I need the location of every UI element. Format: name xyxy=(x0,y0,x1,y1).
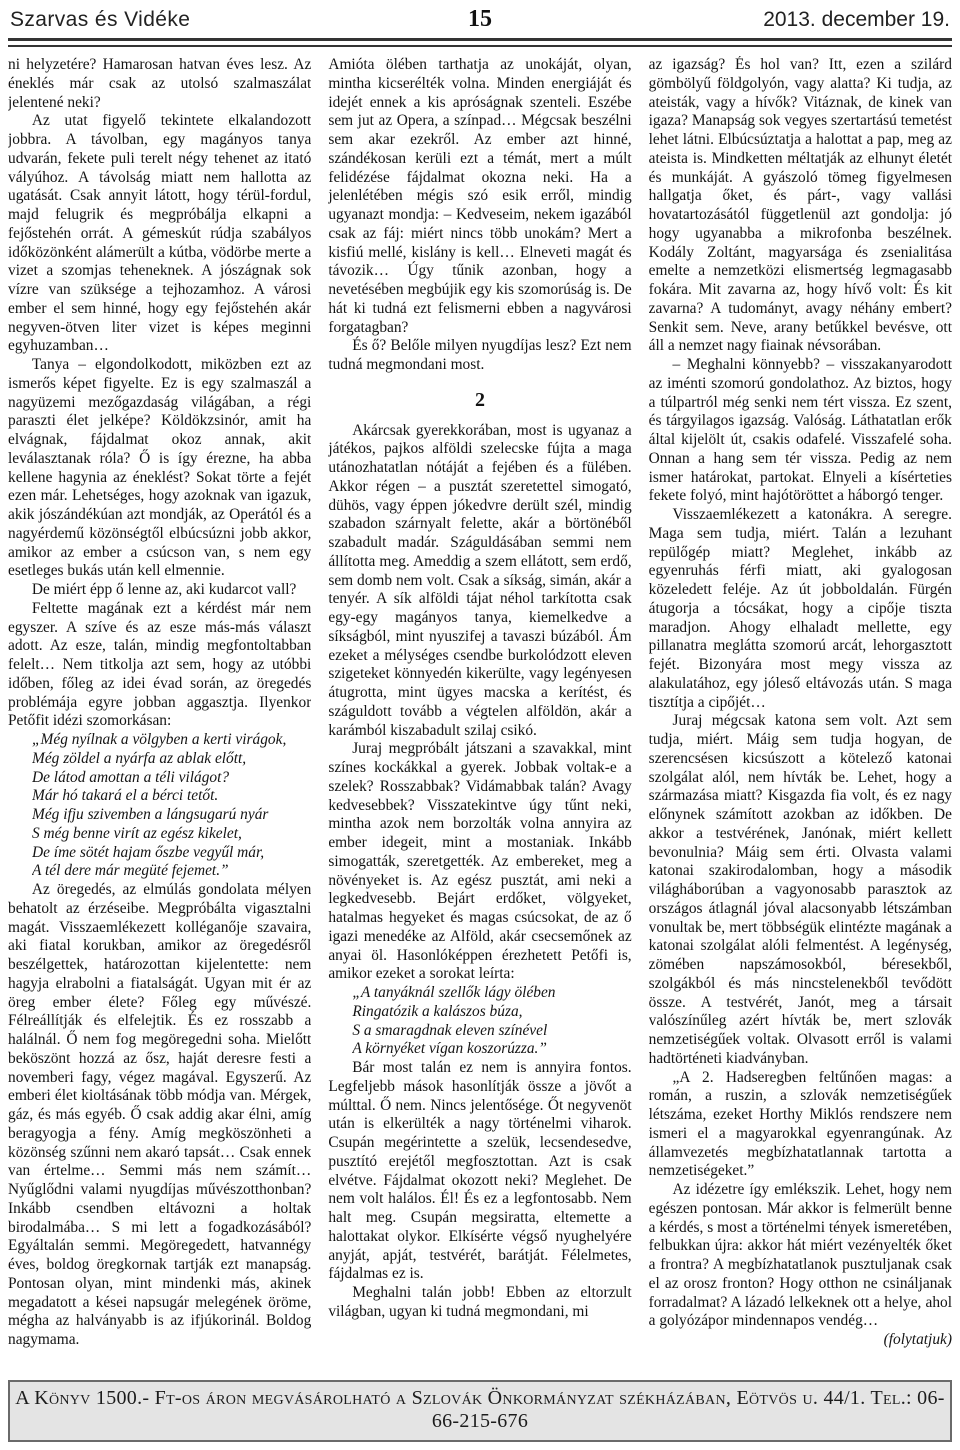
poem-line: S a smaragdnak eleven színével xyxy=(352,1022,631,1041)
paragraph: „A 2. Hadseregben feltűnően magas: a rom… xyxy=(649,1069,952,1182)
paragraph: – Meghalni könnyebb? – visszakanyarodott… xyxy=(649,356,952,506)
paragraph: Feltette magának ezt a kérdést már nem e… xyxy=(8,600,311,731)
section-number: 2 xyxy=(328,391,631,410)
poem-line: De íme sötét hajam őszbe vegyűl már, xyxy=(32,844,311,863)
poem-block: „Még nyílnak a völgyben a kerti virágok,… xyxy=(32,731,311,881)
continuation-note: (folytatjuk) xyxy=(649,1331,952,1350)
paragraph: Amióta ölében tarthatja az unokáját, oly… xyxy=(328,56,631,337)
masthead-divider xyxy=(8,38,952,47)
masthead: Szarvas és Vidéke 15 2013. december 19. xyxy=(8,4,952,33)
paragraph: Juraj mégcsak katona sem volt. Azt sem t… xyxy=(649,712,952,1068)
paragraph: Tanya – elgondolkodott, miközben ezt az … xyxy=(8,356,311,581)
paragraph: Visszaemlékezett a katonákra. A seregre.… xyxy=(649,506,952,712)
poem-line: Még zöldel a nyárfa az ablak előtt, xyxy=(32,750,311,769)
paragraph: az igazság? És hol van? Itt, ezen a szil… xyxy=(649,56,952,356)
article-body: ni helyzetére? Hamarosan hatvan éves les… xyxy=(8,47,952,1375)
paragraph: Az utat figyelő tekintete elkalandozott … xyxy=(8,112,311,356)
poem-line: „A tanyáknál szellők lágy ölében xyxy=(352,984,631,1003)
column-2: Amióta ölében tarthatja az unokáját, oly… xyxy=(328,56,631,1375)
paragraph: Az öregedés, az elmúlás gondolata mélyen… xyxy=(8,881,311,1350)
page-number: 15 xyxy=(468,6,492,33)
paragraph: ni helyzetére? Hamarosan hatvan éves les… xyxy=(8,56,311,112)
poem-line: A környéket vígan koszorúzza.” xyxy=(352,1040,631,1059)
issue-date: 2013. december 19. xyxy=(492,8,950,32)
paragraph: De miért épp ő lenne az, aki kudarcot va… xyxy=(8,581,311,600)
paragraph: És ő? Belőle milyen nyugdíjas lesz? Ezt … xyxy=(328,337,631,375)
poem-line: „Még nyílnak a völgyben a kerti virágok, xyxy=(32,731,311,750)
poem-line: De látod amottan a téli világot? xyxy=(32,769,311,788)
paragraph: Bár most talán ez nem is annyira fontos.… xyxy=(328,1059,631,1284)
poem-line: Már hó takará el a bérci tetőt. xyxy=(32,787,311,806)
footer-ad-box: A Könyv 1500.- Ft-os áron megvásárolható… xyxy=(8,1380,952,1442)
column-1: ni helyzetére? Hamarosan hatvan éves les… xyxy=(8,56,311,1375)
poem-line: A tél dere már megüté fejemet.” xyxy=(32,862,311,881)
column-3: az igazság? És hol van? Itt, ezen a szil… xyxy=(649,56,952,1375)
newspaper-page: Szarvas és Vidéke 15 2013. december 19. … xyxy=(0,0,960,1450)
paragraph: Akárcsak gyerekkorában, most is ugyanaz … xyxy=(328,422,631,741)
footer-ad-text: A Könyv 1500.- Ft-os áron megvásárolható… xyxy=(15,1387,944,1432)
paragraph: Meghalni talán jobb! Ebben az eltorzult … xyxy=(328,1284,631,1322)
poem-line: Ringatózik a kalászos búza, xyxy=(352,1003,631,1022)
paragraph: Juraj megpróbált játszani a szavakkal, m… xyxy=(328,740,631,984)
newspaper-title: Szarvas és Vidéke xyxy=(10,8,468,32)
poem-line: S még benne virít az egész kikelet, xyxy=(32,825,311,844)
poem-block: „A tanyáknál szellők lágy ölébenRingatóz… xyxy=(352,984,631,1059)
paragraph: Az idézetre így emlékszik. Lehet, hogy n… xyxy=(649,1181,952,1331)
poem-line: Még ifju szivemben a lángsugarú nyár xyxy=(32,806,311,825)
